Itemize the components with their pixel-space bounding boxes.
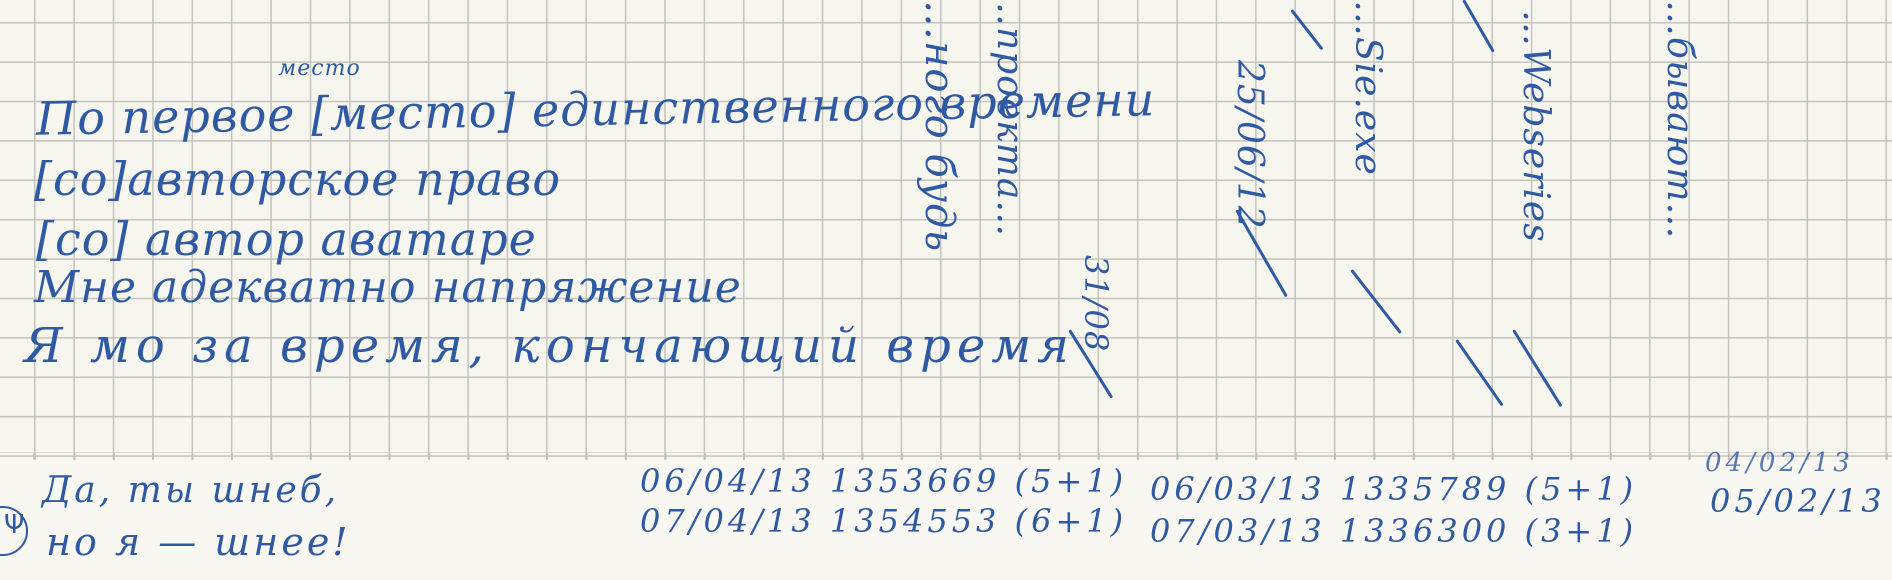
- vertical-note-date-2: 25/06/12: [1229, 60, 1270, 230]
- record-row: 07/03/13 1336300 (3+1): [1150, 512, 1637, 550]
- record-count: (5+1): [1525, 470, 1638, 508]
- handwritten-line-2: [со]авторское право: [34, 152, 561, 206]
- handwritten-line-3: [со] автор аватаре: [36, 212, 537, 266]
- psi-symbol-icon: Ψ: [4, 510, 24, 540]
- superscript-correction: место: [278, 56, 361, 81]
- record-date: 06/04/13: [640, 462, 816, 500]
- handwritten-line-4: Мне адекватно напряжение: [34, 262, 742, 313]
- record-number: 1354553: [830, 502, 1001, 540]
- record-number: 1336300: [1340, 512, 1511, 550]
- record-date: 05/02/13: [1710, 482, 1886, 520]
- record-date: 07/03/13: [1150, 512, 1326, 550]
- record-count: (5+1): [1015, 462, 1128, 500]
- record-number: 1335789: [1340, 470, 1511, 508]
- vertical-note-2: …проекта…: [989, 0, 1030, 237]
- record-row: 07/04/13 1354553 (6+1): [640, 502, 1127, 540]
- record-row: 06/04/13 1353669 (5+1): [640, 462, 1127, 500]
- bottom-note-line-1: Да, ты шнеб,: [42, 470, 339, 511]
- handwritten-line-5: Я мо за время, кончающий время: [24, 318, 1075, 374]
- record-count: (3+1): [1525, 512, 1638, 550]
- vertical-note-date-1: 31/08: [1077, 255, 1115, 352]
- record-number: 1353669: [830, 462, 1001, 500]
- vertical-note-5: …Sie.exe: [1347, 0, 1388, 176]
- record-count: (6+1): [1015, 502, 1128, 540]
- vertical-note-6: …Webseries: [1515, 10, 1556, 243]
- vertical-note-1: …ного будь: [916, 0, 962, 252]
- record-date-partial: 04/02/13: [1705, 448, 1854, 478]
- record-date: 06/03/13: [1150, 470, 1326, 508]
- record-row: 06/03/13 1335789 (5+1): [1150, 470, 1637, 508]
- bottom-note-line-2: но я — шнее!: [46, 520, 351, 564]
- record-date: 07/04/13: [640, 502, 816, 540]
- vertical-note-7: …бывают…: [1659, 0, 1700, 240]
